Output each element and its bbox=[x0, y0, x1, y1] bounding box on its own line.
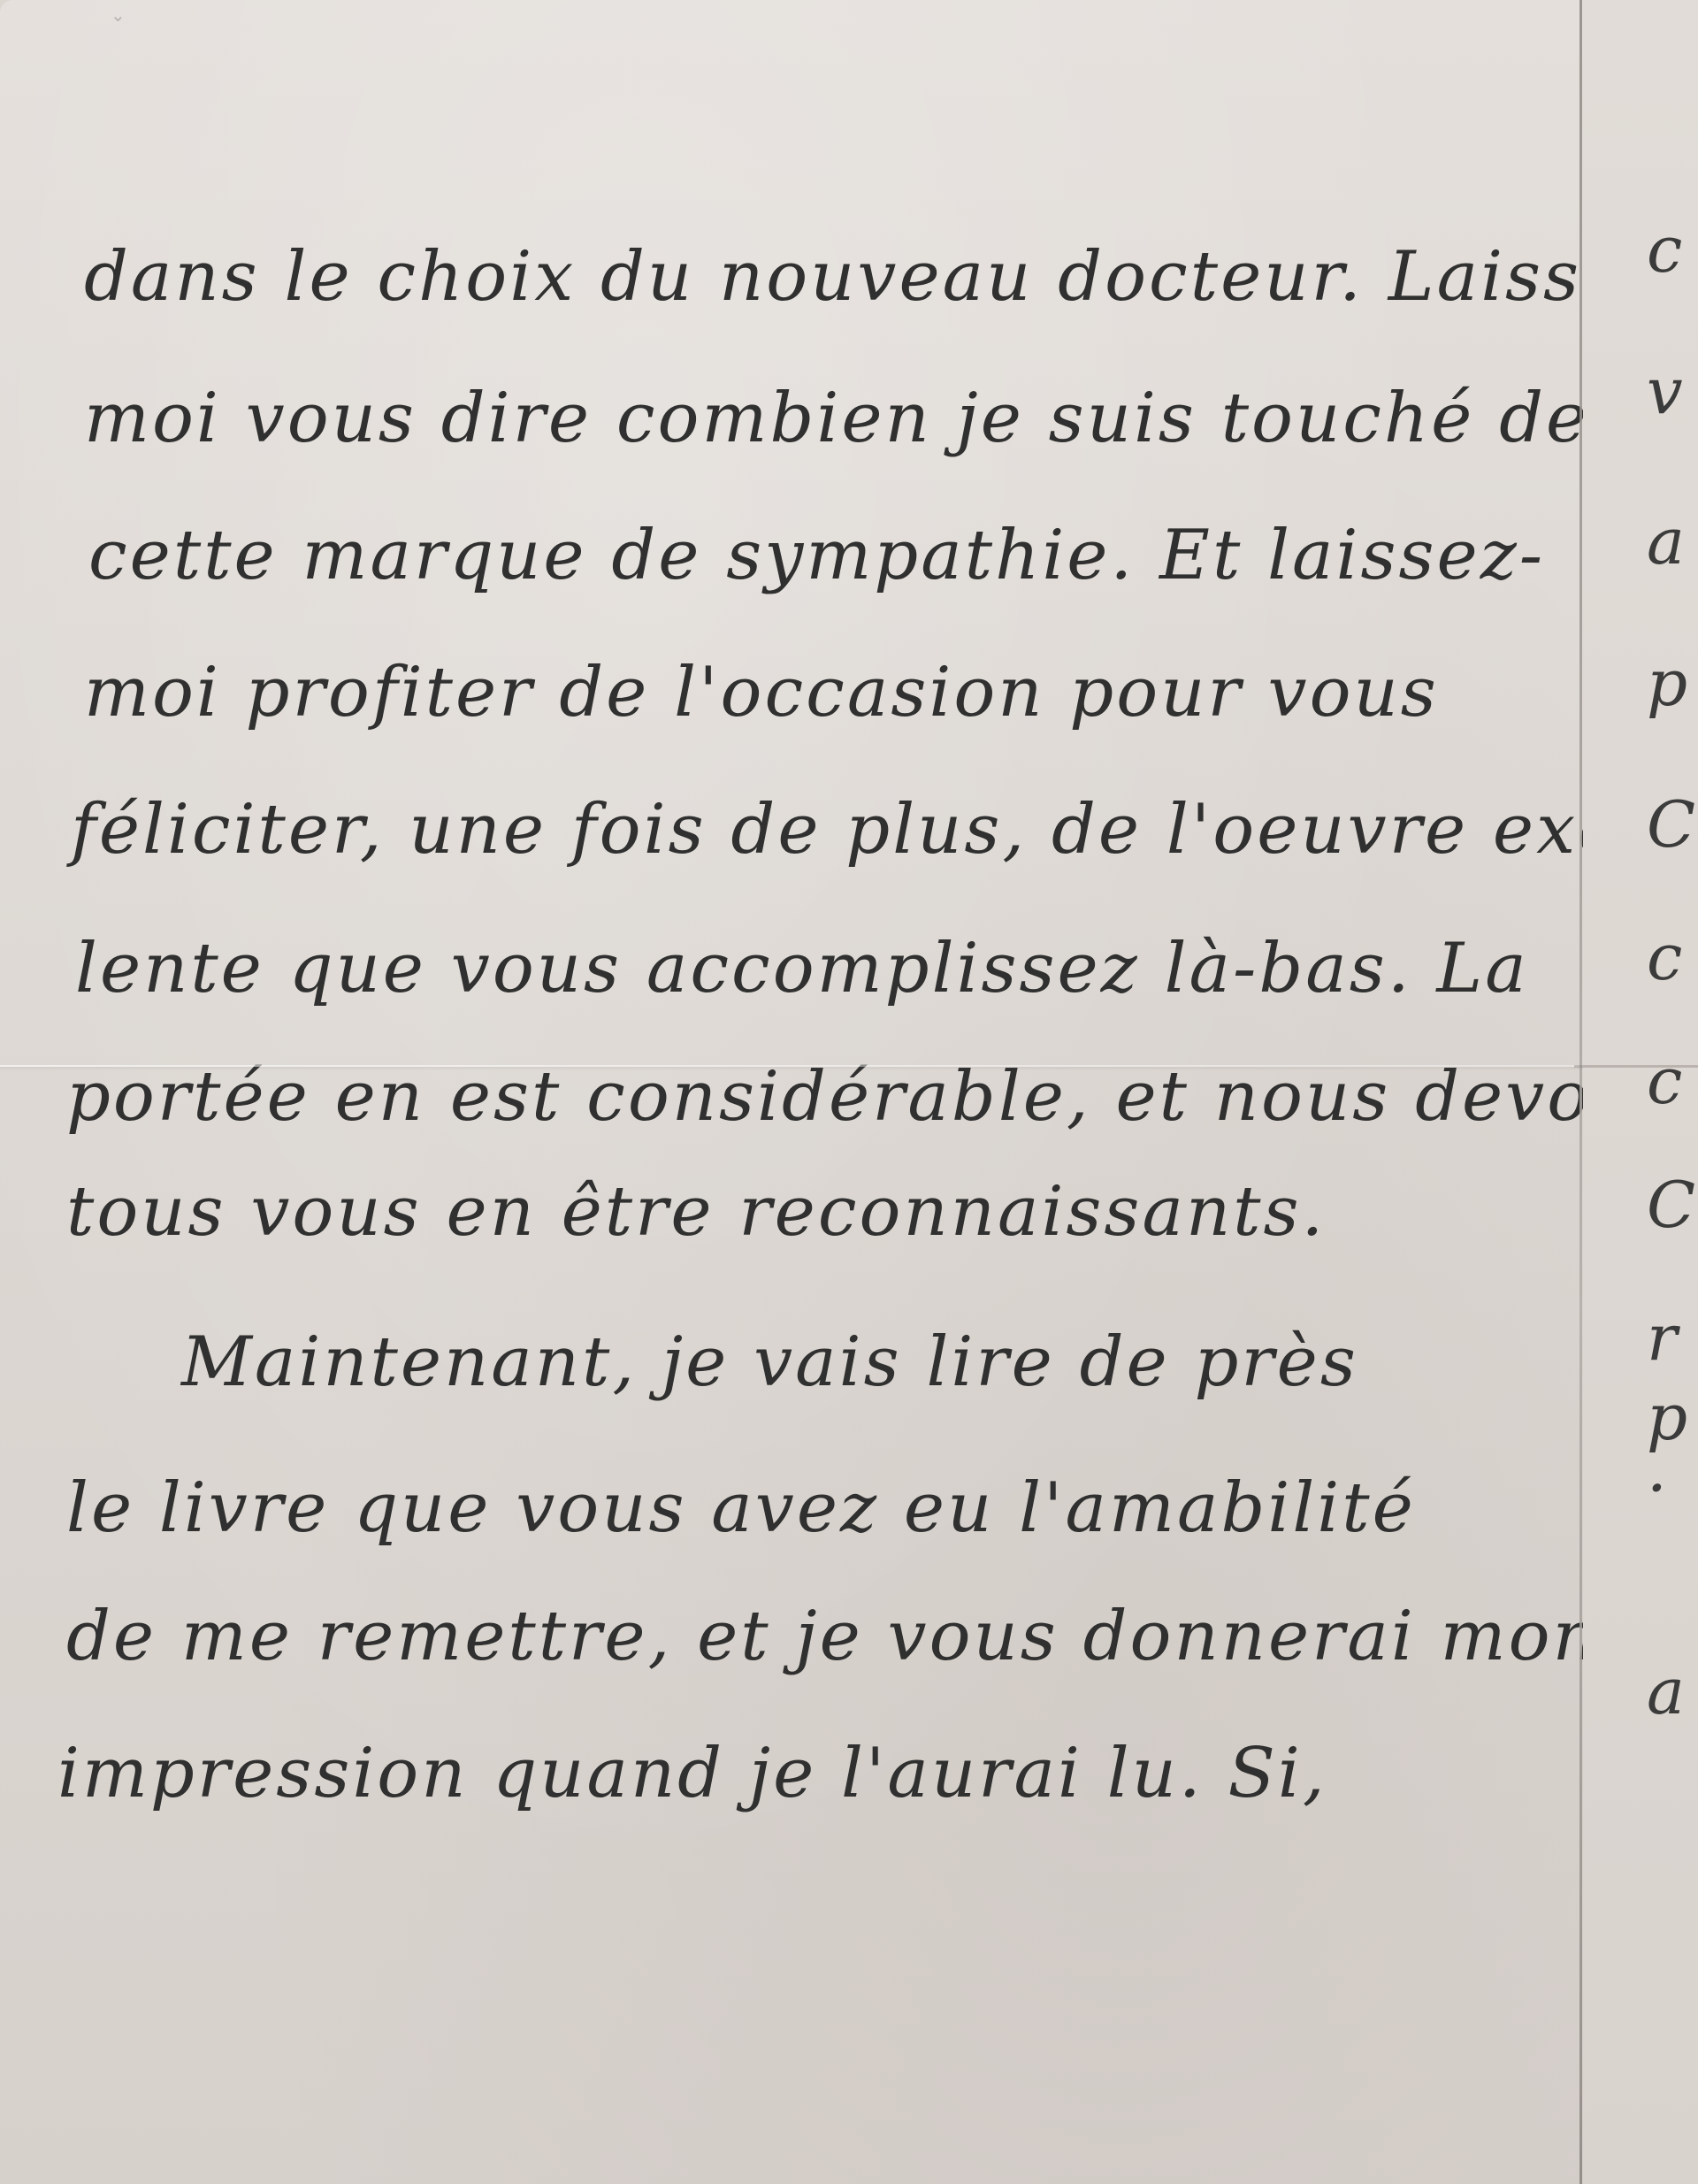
partial-letter: c bbox=[1647, 212, 1682, 287]
letter-line-6: lente que vous accomplissez là-bas. La bbox=[75, 929, 1529, 1008]
partial-letter: p bbox=[1647, 1380, 1687, 1454]
partial-letter: C bbox=[1647, 787, 1695, 862]
letter-line-10: le livre que vous avez eu l'amabilité bbox=[66, 1468, 1416, 1548]
page-edge bbox=[1579, 0, 1582, 2184]
letter-line-12: impression quand je l'aurai lu. Si, bbox=[57, 1734, 1327, 1813]
letter-line-5: féliciter, une fois de plus, de l'oeuvre… bbox=[71, 790, 1698, 870]
letter-line-1: dans le choix du nouveau docteur. Laisse… bbox=[84, 237, 1690, 317]
partial-letter: c bbox=[1647, 1044, 1682, 1118]
partial-letter: p bbox=[1647, 646, 1687, 720]
letter-line-4: moi profiter de l'occasion pour vous bbox=[84, 653, 1439, 732]
partial-letter: v bbox=[1647, 354, 1683, 428]
letter-line-8: tous vous en être reconnaissants. bbox=[66, 1172, 1326, 1252]
letter-line-7: portée en est considérable, et nous devo… bbox=[66, 1057, 1676, 1137]
letter-line-11: de me remettre, et je vous donnerai mon bbox=[66, 1597, 1600, 1676]
partial-letter: c bbox=[1647, 920, 1682, 994]
partial-letter: · bbox=[1647, 1451, 1667, 1525]
letter-line-9-paragraph-start: Maintenant, je vais lire de près bbox=[181, 1322, 1358, 1402]
letter-sheet: ⌄ dans le choix du nouveau docteur. Lais… bbox=[0, 0, 1605, 2184]
letter-line-2: moi vous dire combien je suis touché de bbox=[84, 379, 1589, 458]
partial-letter: C bbox=[1647, 1168, 1695, 1242]
partial-letter: r bbox=[1647, 1300, 1677, 1375]
pencil-mark: ⌄ bbox=[111, 4, 128, 22]
letter-line-3: cette marque de sympathie. Et laissez- bbox=[88, 516, 1545, 595]
partial-letter: a bbox=[1647, 504, 1685, 579]
partial-letter: a bbox=[1647, 1654, 1685, 1728]
letter-photograph: ⌄ dans le choix du nouveau docteur. Lais… bbox=[0, 0, 1698, 2184]
